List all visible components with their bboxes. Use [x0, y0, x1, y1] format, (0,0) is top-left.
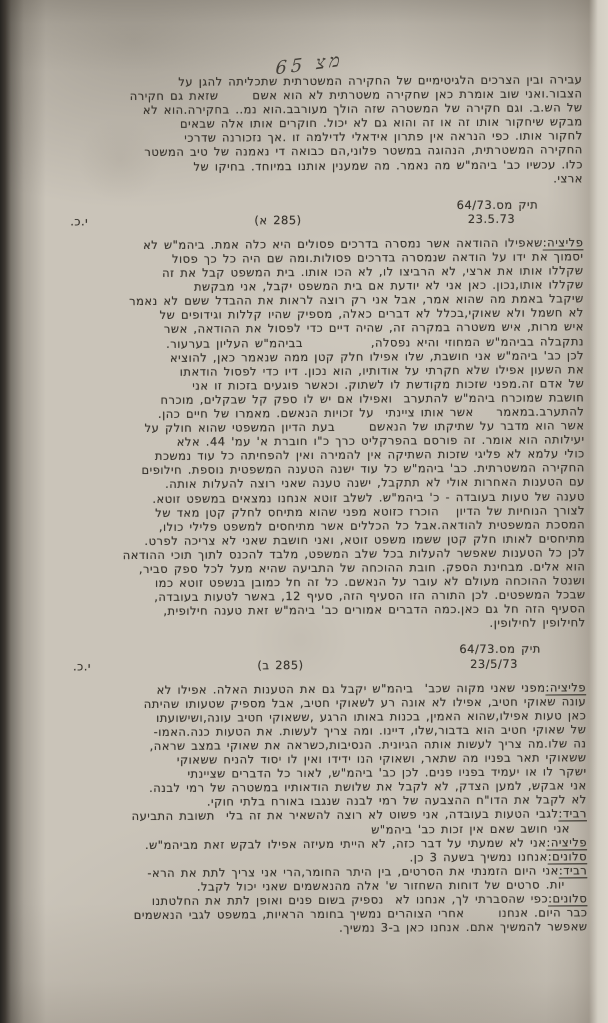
clerk-initials: י.כ.	[70, 214, 88, 228]
session-marker: תיק מס.64/7323.5.73(285 א)י.כ.	[55, 197, 583, 229]
speaker-label: פליציה:	[545, 680, 586, 694]
scanned-document-page: מצ 65 עבירה ובין הצרכים הלגיטימיים של הח…	[0, 0, 608, 1023]
speaker-label: פליציה:	[546, 835, 587, 849]
speaker-label: סלונים:	[548, 891, 587, 905]
speaker-label: סלונים:	[548, 849, 587, 863]
marker-row: 23.5.73(285 א)י.כ.	[55, 211, 583, 229]
page-reference: (285 ב)	[257, 658, 303, 672]
paper-sheet: מצ 65 עבירה ובין הצרכים הלגיטימיים של הח…	[0, 0, 608, 1023]
speaker-label: רביד:	[559, 863, 587, 877]
session-date: 23/5/73	[470, 656, 518, 670]
clerk-initials: י.כ.	[73, 659, 91, 673]
speech-block: רביד:לגבי הטעות בעובדה, אני פשוט לא רוצה…	[59, 807, 587, 838]
speech-block: פליציה:מפני שאני מקוה שכב' ביהמ"ש יקבל ג…	[58, 680, 587, 810]
speech-block: סלונים:כפי שהסברתי לך, אנחנו לא נספיק בש…	[59, 891, 587, 937]
speech-block: רביד:אני היום הזמנתי את הסרטים, בין היתר…	[59, 863, 587, 894]
paragraph-block: עבירה ובין הצרכים הלגיטימיים של החקירה ה…	[54, 72, 583, 188]
text-line: לחילופין לחילופין.	[58, 616, 586, 633]
speaker-label: רביד:	[558, 807, 586, 821]
text-line: ארצי.	[55, 171, 583, 188]
marker-row: 23/5/73(285 ב)י.כ.	[58, 656, 586, 674]
typewritten-text: עבירה ובין הצרכים הלגיטימיים של החקירה ה…	[54, 72, 587, 936]
speaker-label: פליציה:	[543, 235, 584, 249]
page-reference: (285 א)	[254, 213, 301, 227]
session-marker: תיק מס.64/7323/5/73(285 ב)י.כ.	[58, 642, 586, 674]
speech-block: פליציה:שאפילו ההודאה אשר נמסרה בדרכים פס…	[55, 235, 585, 633]
session-date: 23.5.73	[468, 212, 515, 226]
